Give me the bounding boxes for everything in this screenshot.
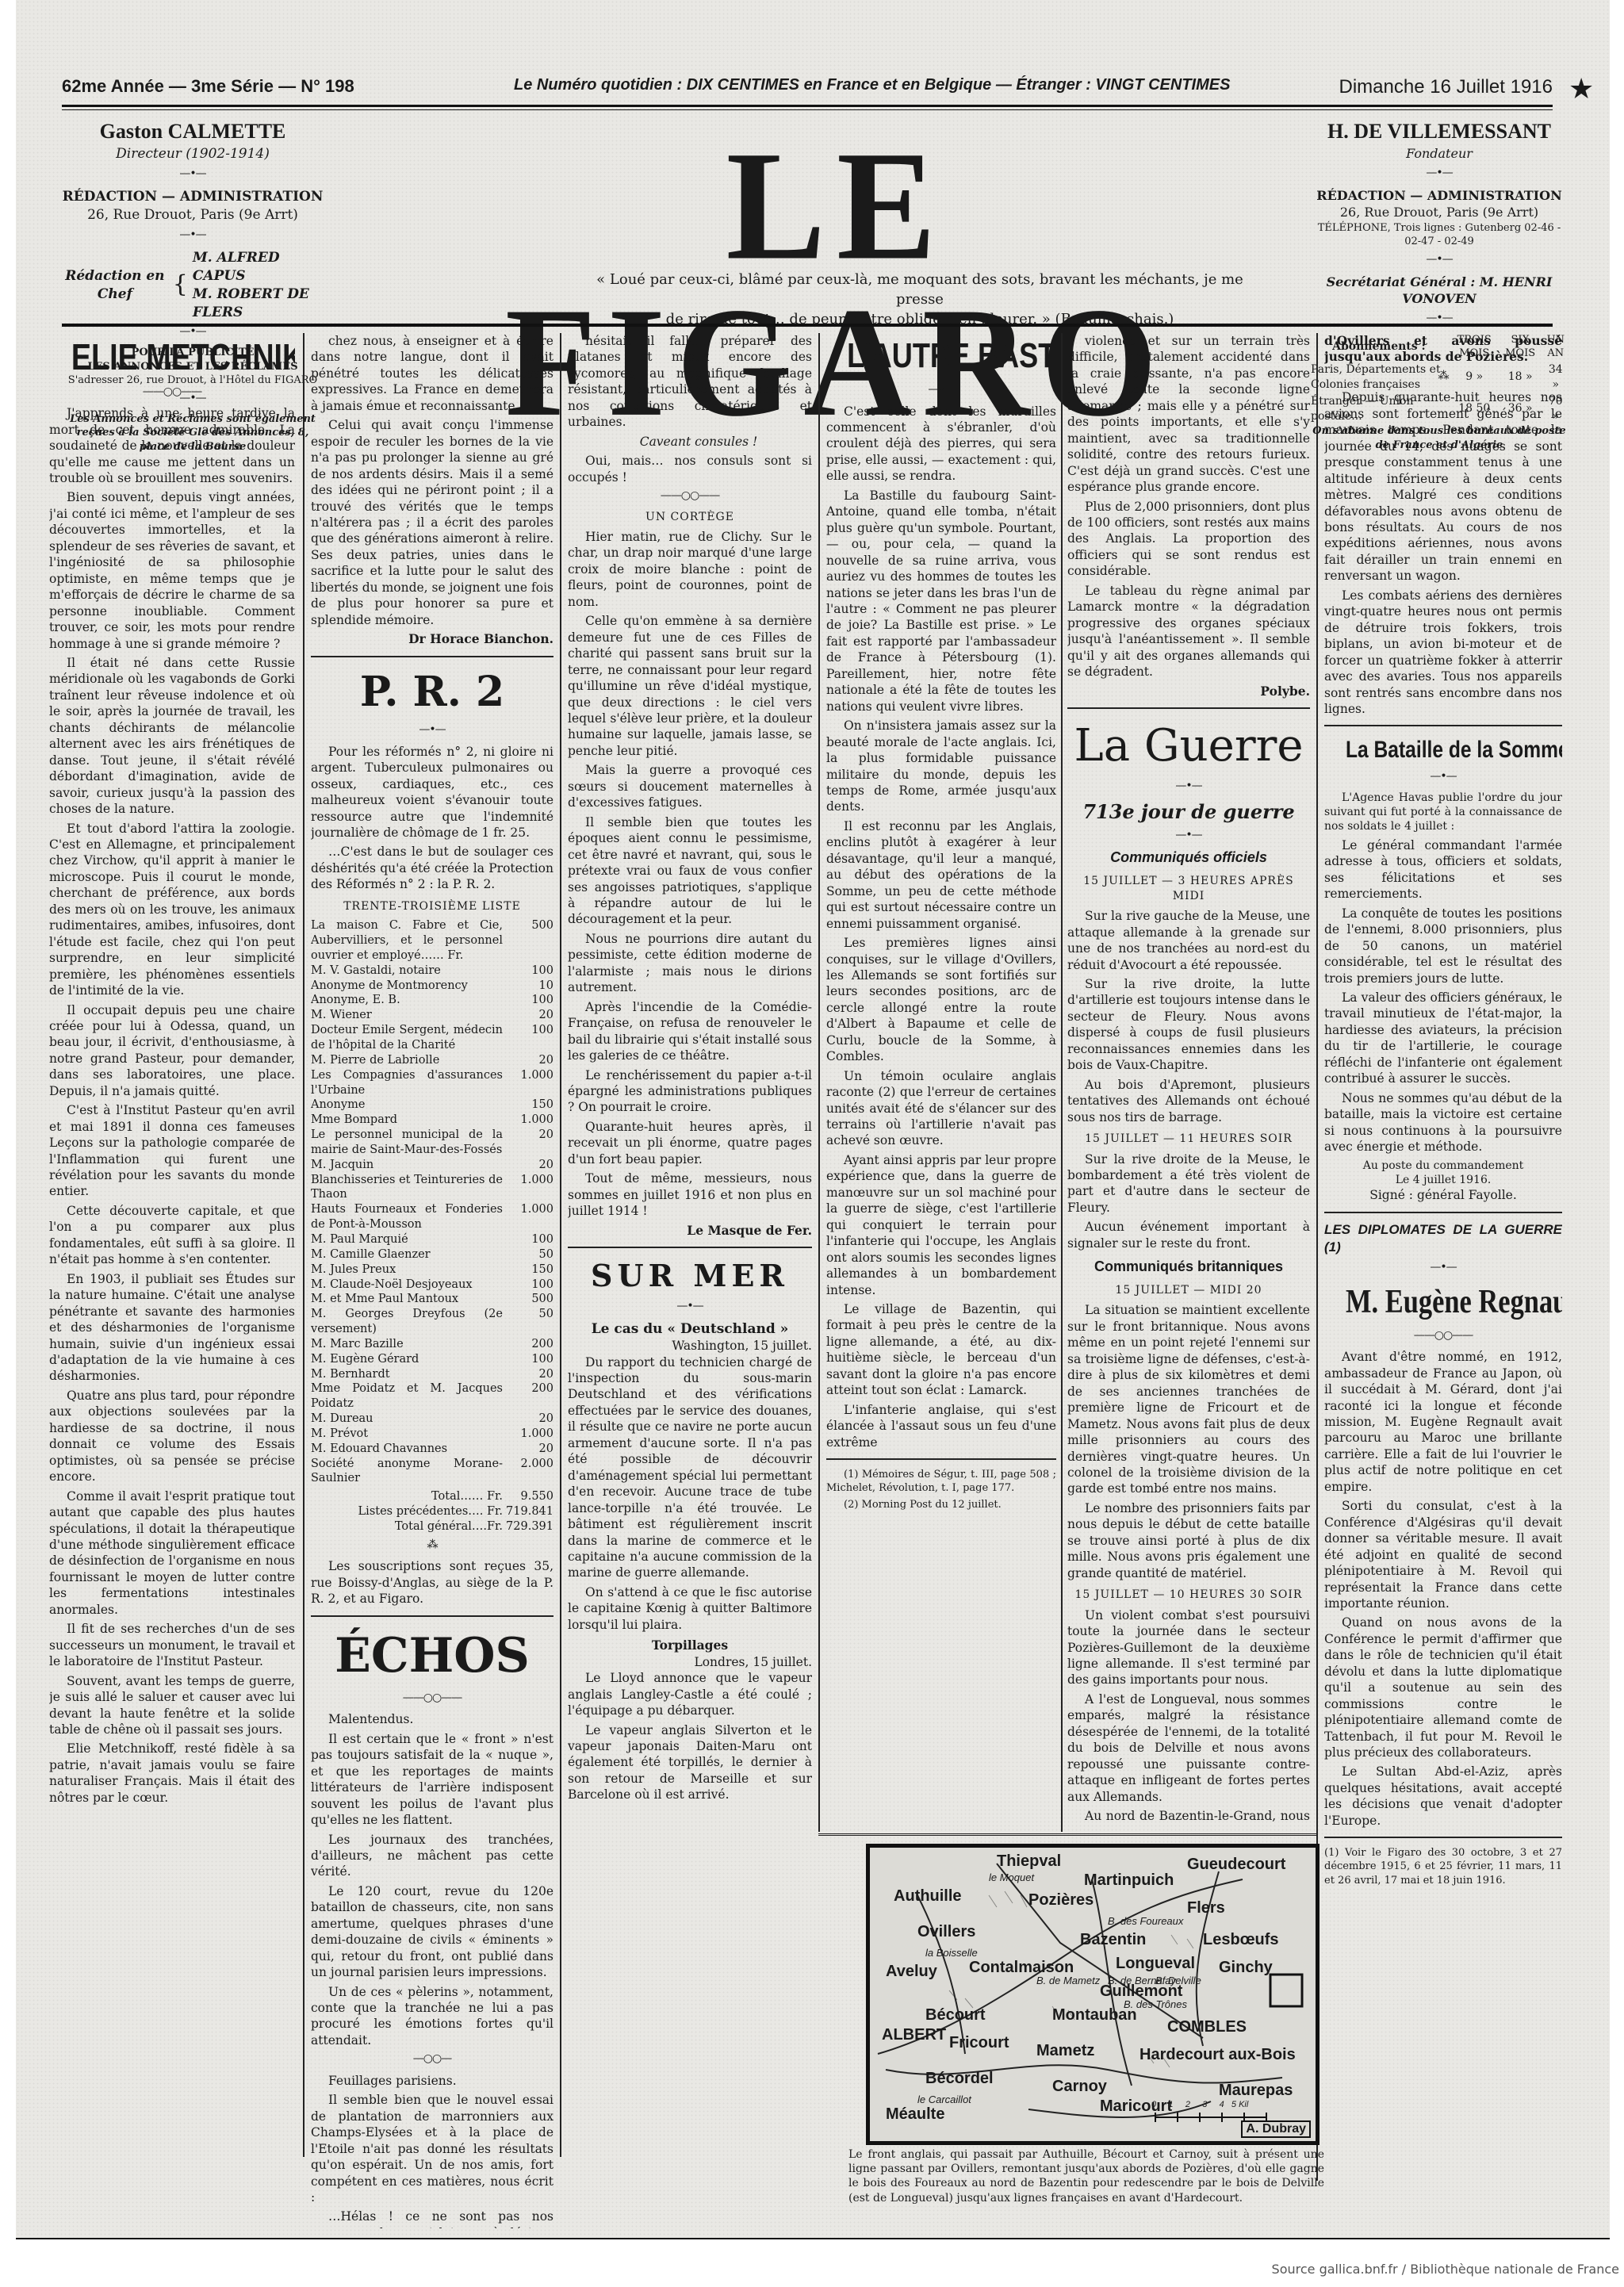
map-label: Carnoy: [1052, 2078, 1107, 2096]
paragraph: Avant d'être nommé, en 1912, ambassadeur…: [1324, 1349, 1562, 1495]
donation-row: M. Pierre de Labriolle20: [311, 1053, 553, 1068]
paragraph: d'Ovillers et avons poussé jusqu'aux abo…: [1324, 333, 1562, 366]
paragraph: Quatre ans plus tard, pour répondre aux …: [49, 1388, 295, 1485]
map-label: Lesbœufs: [1203, 1931, 1279, 1949]
british-communiques: Communiqués britanniques: [1067, 1258, 1310, 1277]
section-divider: [311, 656, 553, 657]
secretary: Secrétariat Général : M. HENRI VONOVEN: [1308, 274, 1570, 308]
ornament-divider: ——○○——: [1324, 1328, 1562, 1343]
ornament-divider: —•—: [1324, 769, 1562, 783]
map-label: B. des Trônes: [1124, 1998, 1187, 2010]
paragraph: Quand on nous avons de la Conférence le …: [1324, 1615, 1562, 1760]
column-2: chez nous, à enseigner et à écrire dans …: [311, 333, 553, 2228]
donation-row: Les Compagnies d'assurances l'Urbaine1.0…: [311, 1068, 553, 1098]
paragraph: Il est reconnu par les Anglais, enclins …: [826, 818, 1056, 932]
column-rule: [560, 333, 561, 2157]
paragraph: Hier matin, rue de Clichy. Sur le char, …: [568, 529, 812, 610]
paragraph: Sur la rive gauche de la Meuse, une atta…: [1067, 908, 1310, 973]
map-label: le Moquet: [989, 1871, 1034, 1883]
chief-editor-1: M. ALFRED CAPUS: [193, 249, 324, 285]
cortege-title: UN CORTÈGE: [568, 510, 812, 524]
founder-role: Fondateur: [1308, 145, 1570, 163]
paragraph: J'apprends à une heure tardive la mort d…: [49, 405, 295, 486]
section-divider: [311, 1615, 553, 1617]
telephone: TÉLÉPHONE, Trois lignes : Gutenberg 02-4…: [1308, 221, 1570, 249]
paragraph: Oui, mais… nos consuls sont si occupés !: [568, 453, 812, 485]
order-signed: Signé : général Fayolle.: [1324, 1187, 1562, 1203]
column-rule: [303, 333, 304, 2157]
paragraph: Un violent combat s'est poursuivi toute …: [1067, 1607, 1310, 1688]
paragraph: C'est celle dont les murailles commencen…: [826, 404, 1056, 485]
paragraph: Elie Metchnikoff, resté fidèle à sa patr…: [49, 1741, 295, 1806]
order-date: Le 4 juillet 1916.: [1324, 1173, 1562, 1187]
paragraph: La valeur des officiers généraux, le tra…: [1324, 990, 1562, 1087]
donation-row: Mme Poidatz et M. Jacques Poidatz200: [311, 1381, 553, 1412]
paragraph: Pour les réformés n° 2, ni gloire ni arg…: [311, 744, 553, 841]
donation-row: M. Eugène Gérard100: [311, 1352, 553, 1367]
paragraph: Le 120 court, revue du 120e bataillon de…: [311, 1883, 553, 1981]
map-label: Pozières: [1028, 1891, 1094, 1910]
sur-mer-title: SUR MER: [568, 1256, 812, 1296]
paragraph: Les combats aériens des dernières vingt-…: [1324, 588, 1562, 718]
donation-row: M. Jacquin20: [311, 1158, 553, 1173]
footnote-divider: [826, 1458, 1056, 1460]
newspaper-page: 62me Année — 3me Série — N° 198 Le Numér…: [16, 0, 1610, 2239]
dateline: Washington, 15 juillet.: [568, 1338, 812, 1354]
paragraph: Nous ne pourrions dire autant du pessimi…: [568, 931, 812, 996]
paragraph: Cette découverte capitale, et que l'on a…: [49, 1203, 295, 1268]
signature: Dr Horace Bianchon.: [311, 631, 553, 647]
paragraph: Aucun événement important à signaler sur…: [1067, 1219, 1310, 1251]
signature: Le Masque de Fer.: [568, 1223, 812, 1239]
donation-row: M. Edouard Chavannes20: [311, 1442, 553, 1457]
caveant: Caveant consules !: [568, 434, 812, 450]
column-6: d'Ovillers et avons poussé jusqu'aux abo…: [1324, 333, 1562, 2228]
dateline: Londres, 15 juillet.: [568, 1654, 812, 1670]
map-label: Longueval: [1116, 1955, 1195, 1973]
map-label: Fricourt: [949, 2034, 1009, 2052]
paragraph: Celui qui avait conçu l'immense espoir d…: [311, 417, 553, 628]
issue-date: Dimanche 16 Juillet 1916: [1339, 76, 1553, 98]
article-title: ELIE METCHNIKOFF: [71, 333, 273, 381]
official-communiques: Communiqués officiels: [1067, 849, 1310, 868]
director-role: Directeur (1902-1914): [62, 145, 324, 163]
column-rule: [818, 333, 820, 1832]
donation-row: La maison C. Fabre et Cie, Aubervilliers…: [311, 918, 553, 963]
donation-row: Docteur Emile Sergent, médecin de l'hôpi…: [311, 1023, 553, 1053]
paragraph: Sur la rive droite, la lutte d'artilleri…: [1067, 976, 1310, 1074]
paragraph: Un de ces « pèlerins », notamment, conte…: [311, 1984, 553, 2049]
map-label: COMBLES: [1167, 2018, 1247, 2036]
paragraph: Sur la rive droite de la Meuse, le bomba…: [1067, 1151, 1310, 1216]
paragraph: Nous ne sommes qu'au début de la bataill…: [1324, 1090, 1562, 1155]
echo-subhead: Feuillages parisiens.: [311, 2073, 553, 2089]
motto-line-1: « Loué par ceux-ci, blâmé par ceux-là, m…: [571, 270, 1269, 309]
donation-row: M. Dureau20: [311, 1412, 553, 1427]
office-label: RÉDACTION — ADMINISTRATION: [1308, 187, 1570, 205]
donation-row: M. V. Gastaldi, notaire100: [311, 963, 553, 979]
ornament-divider: —•—: [826, 382, 1056, 396]
donation-row: Blanchisseries et Teintureries de Thaon1…: [311, 1173, 553, 1203]
paragraph: …C'est dans le but de soulager ces déshé…: [311, 844, 553, 892]
paragraph: Sorti du consulat, c'est à la Conférence…: [1324, 1498, 1562, 1611]
source-credit: Source gallica.bnf.fr / Bibliothèque nat…: [1272, 2262, 1619, 2277]
map-credit: A. Dubray: [1241, 2120, 1311, 2138]
paragraph: Le nombre des prisonniers faits par nous…: [1067, 1500, 1310, 1581]
paragraph: Du rapport du technicien chargé de l'ins…: [568, 1354, 812, 1581]
asterism: ⁂: [1324, 369, 1562, 383]
paragraph: C'est à l'Institut Pasteur qu'en avril e…: [49, 1102, 295, 1200]
map-label: B. de Bernafay: [1108, 1975, 1176, 1986]
ornament-divider: —•—: [568, 1299, 812, 1313]
donation-row: Hauts Fourneaux et Fonderies de Pont-à-M…: [311, 1202, 553, 1232]
donation-row: Mme Bompard1.000: [311, 1113, 553, 1128]
map-label: Ovillers: [917, 1923, 975, 1941]
paragraph: La Bastille du faubourg Saint-Antoine, q…: [826, 488, 1056, 714]
paragraph: Comme il avait l'esprit pratique tout au…: [49, 1488, 295, 1619]
paragraph: La situation se maintient excellente sur…: [1067, 1302, 1310, 1496]
map-label: Bécourt: [925, 2006, 986, 2025]
echos-title: ÉCHOS: [311, 1625, 553, 1687]
donation-row: M. Georges Dreyfous (2e versement)50: [311, 1307, 553, 1337]
top-rule-thin: [62, 109, 1553, 110]
chief-editor-2: M. ROBERT DE FLERS: [193, 285, 324, 322]
donation-row: M. Paul Marquié100: [311, 1232, 553, 1247]
donation-row: Société anonyme Morane-Saulnier2.000: [311, 1457, 553, 1487]
paragraph: Il semble bien que le nouvel essai de pl…: [311, 2092, 553, 2205]
donation-row: Total…… Fr.9.550: [311, 1489, 553, 1504]
somme-front-map: Thiepval Authuille Ovillers la Boisselle…: [866, 1844, 1319, 2145]
paragraph: (1) Mémoires de Ségur, t. III, page 508 …: [826, 1468, 1056, 1495]
ornament-divider: —•—: [1308, 166, 1570, 181]
asterism: ⁂: [311, 1538, 553, 1552]
map-label: Ginchy: [1219, 1959, 1273, 1977]
list-title: TRENTE-TROISIÈME LISTE: [311, 899, 553, 914]
edition-number: 62me Année — 3me Série — N° 198: [62, 76, 354, 97]
masthead-motto: « Loué par ceux-ci, blâmé par ceux-là, m…: [571, 270, 1269, 330]
paragraph: Après l'incendie de la Comédie-Française…: [568, 999, 812, 1064]
header-bottom-rule: [62, 324, 1553, 327]
ornament-divider: —○○—: [311, 2051, 553, 2066]
paragraph: On n'insistera jamais assez sur la beaut…: [826, 718, 1056, 815]
paragraph: La conquête de toutes les positions de l…: [1324, 906, 1562, 986]
map-label: Flers: [1187, 1899, 1225, 1917]
donation-row: M. Jules Preux150: [311, 1262, 553, 1278]
map-label: Authuille: [894, 1887, 962, 1906]
article-autre-bastille: L'AUTRE BASTILLE —•— C'est celle dont le…: [826, 333, 1056, 1824]
map-label: Martinpuich: [1084, 1871, 1174, 1890]
price-line: Le Numéro quotidien : DIX CENTIMES en Fr…: [514, 76, 1230, 94]
ornament-divider: —•—: [1067, 828, 1310, 842]
sur-mer-subtitle: Le cas du « Deutschland »: [568, 1320, 812, 1338]
communique-time: 15 JUILLET — 11 HEURES SOIR: [1067, 1132, 1310, 1146]
map-label: Hardecourt aux-Bois: [1139, 2046, 1296, 2064]
somme-title: La Bataille de la Somme: [1346, 734, 1541, 766]
signature: Polybe.: [1067, 684, 1310, 699]
donation-row: Total général….Fr.729.391: [311, 1519, 553, 1534]
paragraph: Quarante-huit heures après, il recevait …: [568, 1119, 812, 1167]
map-label: B. de Mametz: [1036, 1975, 1100, 1986]
diplomates-kicker: LES DIPLOMATES DE LA GUERRE (1): [1324, 1221, 1562, 1257]
star-icon: ★: [1568, 73, 1594, 105]
donation-row: Le personnel municipal de la mairie de S…: [311, 1128, 553, 1158]
paragraph: Souvent, avant les temps de guerre, je s…: [49, 1673, 295, 1738]
regnault-title: M. Eugène Regnault: [1346, 1281, 1541, 1324]
paragraph: Il fit de ses recherches d'un de ses suc…: [49, 1621, 295, 1669]
top-bar: 62me Année — 3me Série — N° 198 Le Numér…: [62, 76, 1553, 105]
footnote-divider: [1324, 1837, 1562, 1838]
ornament-divider: —•—: [1308, 252, 1570, 267]
paragraph: Plus de 2,000 prisonniers, dont plus de …: [1067, 499, 1310, 580]
map-label: le Carcaillot: [917, 2094, 971, 2105]
ornament-divider: —•—: [62, 167, 324, 182]
map-label: la Boisselle: [925, 1947, 978, 1959]
communique-time: 15 JUILLET — 10 HEURES 30 SOIR: [1067, 1588, 1310, 1602]
paragraph: A l'est de Longueval, nous sommes emparé…: [1067, 1691, 1310, 1805]
column-3: hésitait il fallait préparer des platane…: [568, 333, 812, 2228]
paragraph: Le Sultan Abd-el-Aziz, après quelques hé…: [1324, 1764, 1562, 1829]
donation-row: M. Marc Bazille200: [311, 1337, 553, 1352]
paragraph: L'infanterie anglaise, qui s'est élancée…: [826, 1402, 1056, 1450]
paragraph: Au nord de Bazentin-le-Grand, nous somme…: [1067, 1808, 1310, 1824]
paragraph: Les journaux des tranchées, d'ailleurs, …: [311, 1832, 553, 1880]
donation-row: Listes précédentes…. Fr.719.841: [311, 1504, 553, 1519]
communique-time: 15 JUILLET — MIDI 20: [1067, 1283, 1310, 1297]
donation-row: Anonyme150: [311, 1098, 553, 1113]
map-label: Mametz: [1036, 2042, 1094, 2060]
map-scale: 0 1 2 3 4 5 Kil: [1151, 2100, 1248, 2109]
donation-list: La maison C. Fabre et Cie, Aubervilliers…: [311, 918, 553, 1486]
ornament-divider: —•—: [62, 228, 324, 243]
map-rule: [818, 1833, 1316, 1836]
donation-totals: Total…… Fr.9.550Listes précédentes…. Fr.…: [311, 1489, 553, 1534]
order-place: Au poste du commandement: [1324, 1159, 1562, 1173]
paragraph: Au bois d'Apremont, plusieurs tentatives…: [1067, 1077, 1310, 1125]
donation-row: M. et Mme Paul Mantoux500: [311, 1292, 553, 1307]
paragraph: Bien souvent, depuis vingt années, j'ai …: [49, 489, 295, 652]
pr2-footer: Les souscriptions sont reçues 35, rue Bo…: [311, 1558, 553, 1607]
paragraph: Celle qu'on emmène à sa dernière demeure…: [568, 613, 812, 759]
paragraph: Tout de même, messieurs, nous sommes en …: [568, 1170, 812, 1219]
donation-row: M. Camille Glaenzer50: [311, 1247, 553, 1262]
donation-row: Anonyme de Montmorency10: [311, 979, 553, 994]
donation-row: M. Prévot1.000: [311, 1427, 553, 1442]
section-divider: [1324, 725, 1562, 726]
paragraph: Le général commandant l'armée adresse à …: [1324, 837, 1562, 902]
paragraph: Ayant ainsi appris par leur propre expér…: [826, 1152, 1056, 1298]
map-label: Bécordel: [925, 2070, 994, 2088]
section-divider: [1067, 707, 1310, 709]
map-label: Méaulte: [886, 2105, 944, 2124]
ornament-divider: ——○○——: [311, 1691, 553, 1705]
map-label: Aveluy: [886, 1963, 937, 1981]
paragraph: Et tout d'abord l'attira la zoologie. C'…: [49, 821, 295, 999]
paragraph: Les premières lignes ainsi conquises, su…: [826, 935, 1056, 1065]
paragraph: hésitait il fallait préparer des platane…: [568, 333, 812, 431]
top-rule: [62, 105, 1553, 107]
map-label: B. des Foureaux: [1108, 1915, 1183, 1927]
map-label: ALBERT: [882, 2026, 946, 2044]
article-title: L'AUTRE BASTILLE: [847, 333, 1036, 379]
donation-row: M. Bernhardt20: [311, 1367, 553, 1382]
map-label: Thiepval: [997, 1852, 1061, 1871]
paragraph: Depuis quarante-huit heures nos avions s…: [1324, 389, 1562, 584]
section-divider: [568, 1247, 812, 1248]
director-name: Gaston CALMETTE: [62, 117, 324, 145]
donation-row: Anonyme, E. B.100: [311, 993, 553, 1008]
paragraph: chez nous, à enseigner et à écrire dans …: [311, 333, 553, 414]
paragraph: L'Agence Havas publie l'ordre du jour su…: [1324, 791, 1562, 834]
ornament-divider: —•—: [311, 722, 553, 737]
footnote: (1) Voir le Figaro des 30 octobre, 3 et …: [1324, 1846, 1562, 1887]
torpillages-subtitle: Torpillages: [568, 1638, 812, 1653]
section-divider: [1324, 1212, 1562, 1213]
ornament-divider: —•—: [1067, 779, 1310, 793]
paragraph: violence et sur un terrain très difficil…: [1067, 333, 1310, 496]
paragraph: Un témoin oculaire anglais raconte (2) q…: [826, 1068, 1056, 1149]
war-day: 713e jour de guerre: [1067, 799, 1310, 825]
paragraph: Le Lloyd annonce que le vapeur anglais L…: [568, 1670, 812, 1718]
ornament-divider: ——○○——: [49, 385, 295, 399]
map-label: Bazentin: [1080, 1931, 1146, 1949]
column-rule: [1061, 333, 1063, 1832]
pr2-title: P. R. 2: [311, 665, 553, 720]
office-address: 26, Rue Drouot, Paris (9e Arrt): [1308, 204, 1570, 221]
donation-row: M. Wiener20: [311, 1008, 553, 1023]
paragraph: Il était né dans cette Russie méridional…: [49, 655, 295, 818]
ornament-divider: ——○○——: [568, 488, 812, 503]
office-address: 26, Rue Drouot, Paris (9e Arrt): [62, 206, 324, 224]
ornament-divider: —•—: [1324, 1260, 1562, 1274]
office-label: RÉDACTION — ADMINISTRATION: [62, 188, 324, 206]
paragraph: Mais la guerre a provoqué ces sœurs si d…: [568, 762, 812, 810]
paragraph: (2) Morning Post du 12 juillet.: [826, 1498, 1056, 1511]
paragraph: Il est certain que le « front » n'est pa…: [311, 1731, 553, 1829]
paragraph: Il occupait depuis peu une chaire créée …: [49, 1002, 295, 1100]
paragraph: Il semble bien que toutes les époques ai…: [568, 814, 812, 928]
paragraph: Le vapeur anglais Silverton et le vapeur…: [568, 1722, 812, 1803]
founder-name: H. DE VILLEMESSANT: [1308, 117, 1570, 145]
paragraph: Le tableau du règne animal par Lamarck m…: [1067, 583, 1310, 680]
paragraph: En 1903, il publiait ses Études sur la n…: [49, 1271, 295, 1385]
column-5: violence et sur un terrain très difficil…: [1067, 333, 1310, 1824]
guerre-title: La Guerre: [1067, 717, 1310, 776]
map-label: Maurepas: [1219, 2082, 1293, 2100]
paragraph: Le village de Bazentin, qui formait à pe…: [826, 1301, 1056, 1399]
map-caption: Le front anglais, qui passait par Authui…: [848, 2147, 1324, 2205]
map-label: Gueudecourt: [1187, 1856, 1285, 1874]
paragraph: On s'attend à ce que le fisc autorise le…: [568, 1584, 812, 1633]
donation-row: M. Claude-Noël Desjoyeaux100: [311, 1278, 553, 1293]
echo-subhead: Malentendus.: [311, 1711, 553, 1727]
paragraph: Le renchérissement du papier a-t-il épar…: [568, 1067, 812, 1116]
article-metchnikoff: ELIE METCHNIKOFF ——○○—— J'apprends à une…: [49, 333, 295, 2228]
paragraph: …Hélas ! ce ne sont pas nos pauvres arbr…: [311, 2208, 553, 2228]
chief-label: Rédaction en Chef: [62, 267, 168, 304]
communique-time: 15 JUILLET — 3 HEURES APRÈS MIDI: [1067, 874, 1310, 903]
